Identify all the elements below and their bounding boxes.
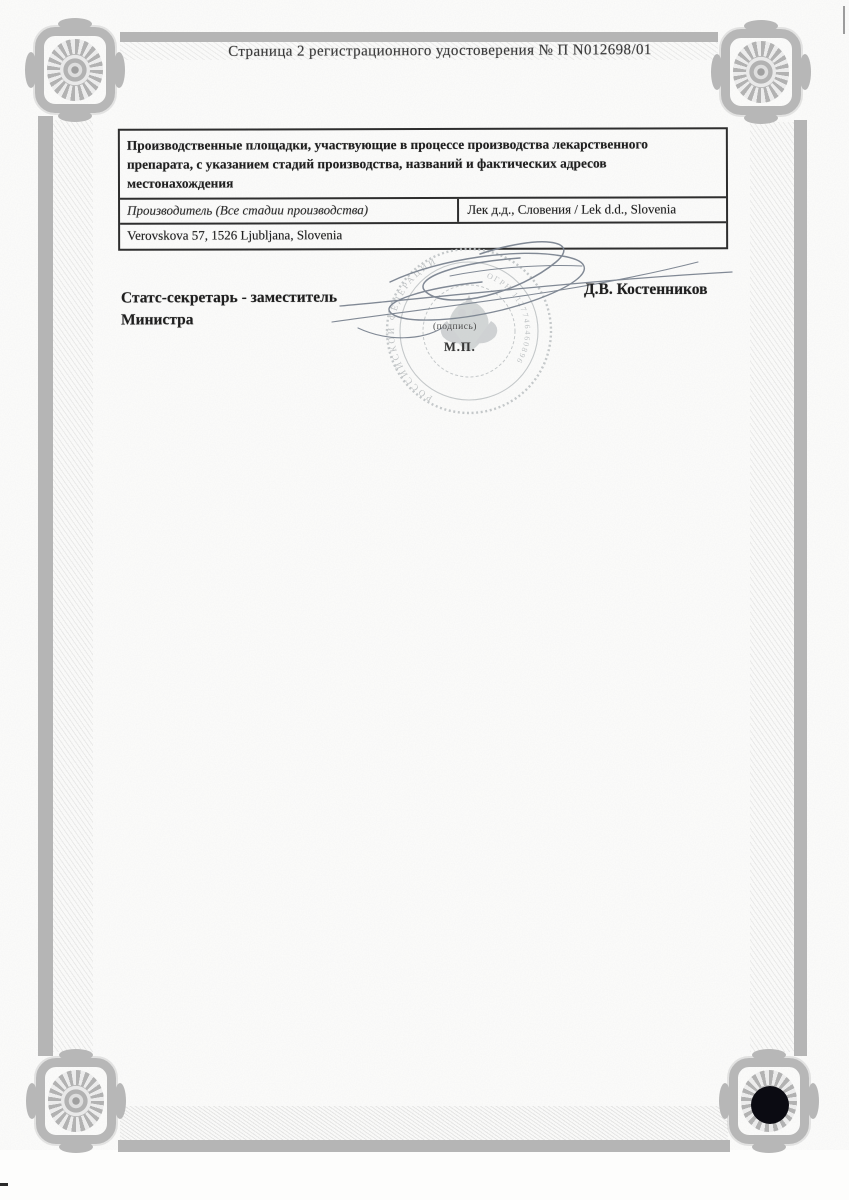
guilloche-hatch-bottom xyxy=(120,1106,728,1140)
signatory-title-line2: Министра xyxy=(121,311,194,328)
border-band-top xyxy=(120,32,718,42)
producer-role-cell: Производитель (Все стадии производства) xyxy=(120,199,459,223)
punch-hole-dot xyxy=(751,1086,789,1124)
corner-rosette-top-right xyxy=(716,24,806,120)
scan-artifact-line xyxy=(843,6,845,34)
corner-rosette-bottom-left xyxy=(31,1053,121,1149)
table-header-cell: Производственные площадки, участвующие в… xyxy=(120,129,726,200)
signatory-name: Д.В. Костенников xyxy=(584,281,707,299)
signatory-title-line1: Статс-секретарь - заместитель xyxy=(121,289,337,307)
guilloche-hatch-right xyxy=(750,122,794,1052)
signature-caption: (подпись) xyxy=(433,322,477,332)
seal-mark-label: М.П. xyxy=(444,340,476,355)
border-band-right xyxy=(794,120,807,1056)
guilloche-hatch-left xyxy=(53,120,93,1052)
producer-name-cell: Лек д.д., Словения / Lek d.d., Slovenia xyxy=(459,199,726,223)
corner-rosette-top-left xyxy=(30,22,120,118)
document-page: Страница 2 регистрационного удостоверени… xyxy=(0,0,849,1200)
border-band-left xyxy=(38,116,53,1056)
scan-artifact-dash xyxy=(0,1183,8,1186)
rosette-core xyxy=(48,1070,104,1132)
table-producer-row: Производитель (Все стадии производства) … xyxy=(120,199,726,226)
signatory-title: Статс-секретарь - заместитель Министра xyxy=(121,287,381,331)
border-band-bottom xyxy=(118,1140,730,1152)
